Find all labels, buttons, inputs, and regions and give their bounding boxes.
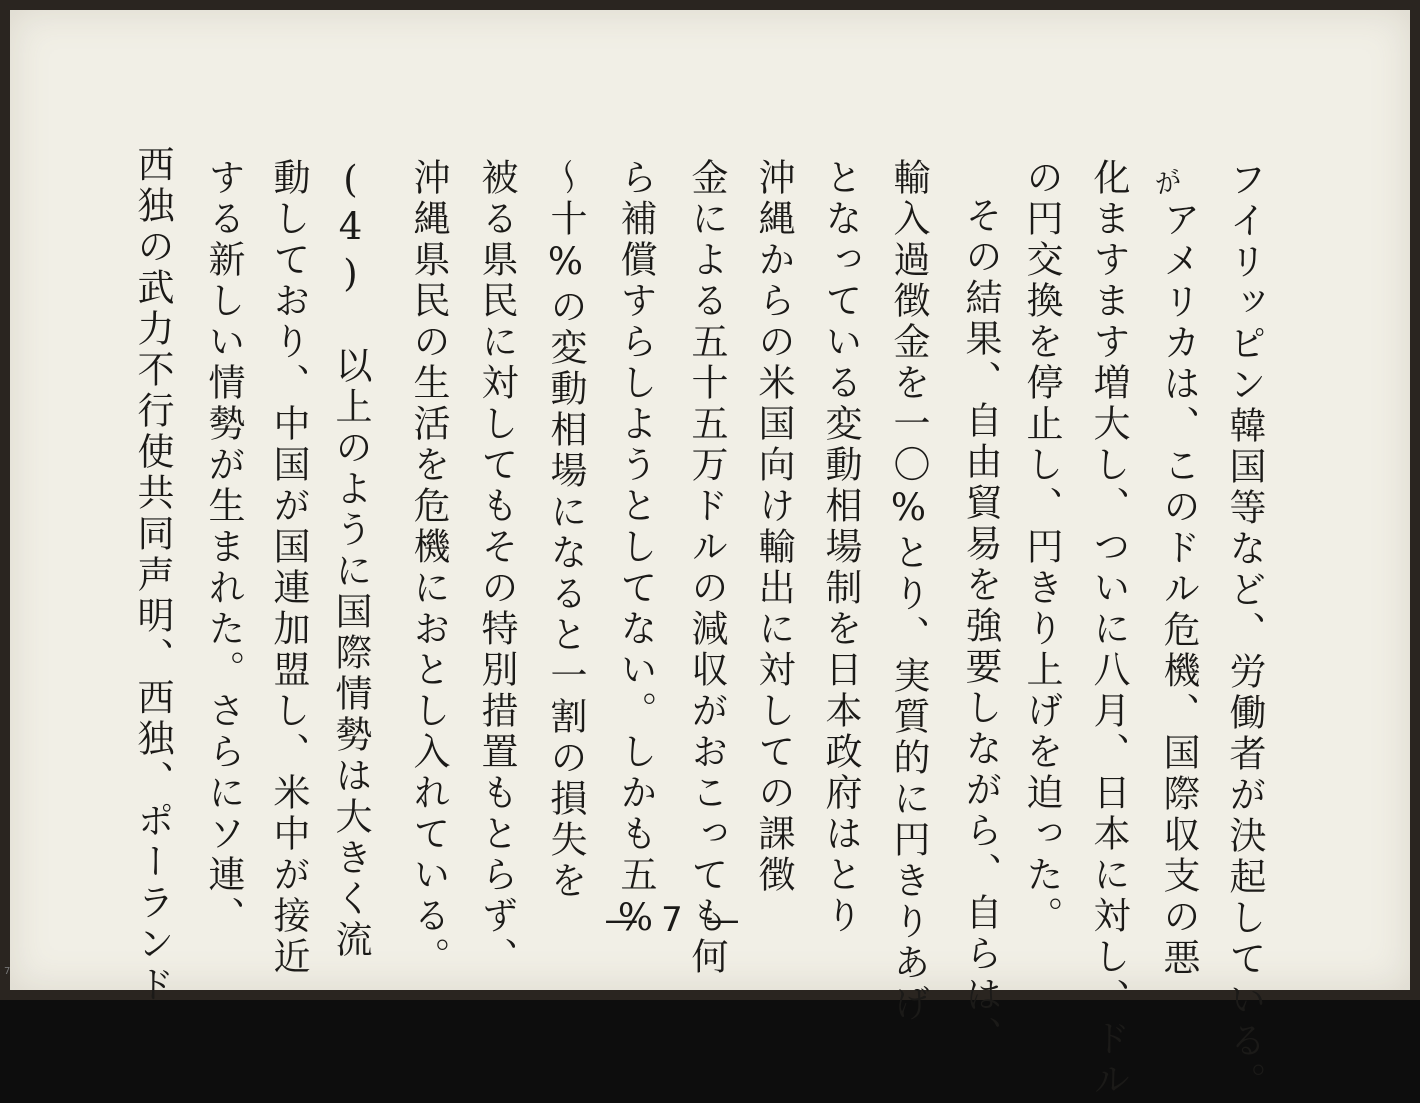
insertion-mark: が xyxy=(1151,159,1186,201)
text-column-11: ～十%の変動相場になると一割の損失を xyxy=(547,158,584,902)
text-column-16: する新しい情勢が生まれた。さらにソ連、 xyxy=(205,158,242,937)
scan-corner-mark: 7 xyxy=(4,966,10,977)
text-column-4: の円交換を停止し、円きり上げを迫った。 xyxy=(1023,158,1060,937)
text-column-5: その結果、自由貿易を強要しながら、自らは、 xyxy=(962,196,999,1000)
manuscript-page: フイリッピン韓国等など、労働者が決起している。 が アメリカは、このドル危機、国… xyxy=(10,10,1410,990)
page-number: — 7 — xyxy=(590,900,760,940)
text-column-2: アメリカは、このドル危機、国際収支の悪 xyxy=(1160,200,1197,979)
text-column-9: 金による五十五万ドルの減収がおこっても何 xyxy=(688,158,725,978)
text-column-17: 西独の武力不行使共同声明、西独、ポーランド xyxy=(134,145,171,1000)
text-column-3: 化ますます増大し、ついに八月、日本に対し、ドル xyxy=(1090,158,1127,1000)
text-column-1: フイリッピン韓国等など、労働者が決起している。 xyxy=(1226,160,1263,1000)
text-column-12: 被る県民に対してもその特別措置もとらず、 xyxy=(478,158,515,978)
text-column-7: となっている変動相場制を日本政府はとり xyxy=(822,158,859,937)
text-column-8: 沖縄からの米国向け輸出に対しての課徴 xyxy=(755,158,792,896)
text-column-10: ら補償すらしようとしてない。しかも五% xyxy=(617,158,654,943)
scan-background: フイリッピン韓国等など、労働者が決起している。 が アメリカは、このドル危機、国… xyxy=(0,0,1420,1000)
text-column-14: (4) 以上のように国際情勢は大きく流 xyxy=(332,158,369,961)
text-column-15: 動しており、中国が国連加盟し、米中が接近 xyxy=(270,158,307,978)
text-column-6: 輸入過徴金を一〇%とり、実質的に円きりあげ xyxy=(890,158,927,1000)
text-column-13: 沖縄県民の生活を危機におとし入れている。 xyxy=(410,158,447,978)
